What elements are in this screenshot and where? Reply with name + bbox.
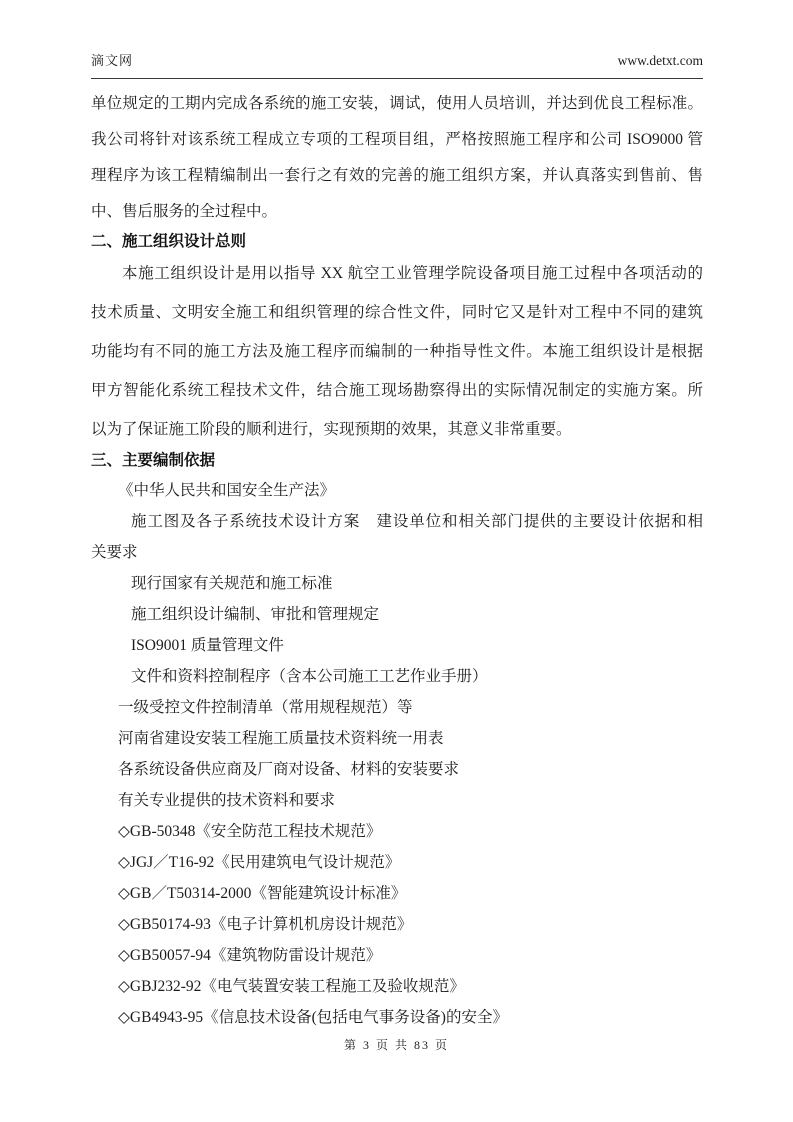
text-segment: ◇GB50057-94《建筑物防雷设计规范》 bbox=[118, 947, 381, 964]
text-segment: 本施工组织设计是用以指导 XX 航空工业管理学院设备项目施工过程中各项活动的 bbox=[122, 265, 703, 282]
text-segment: 理程序为该工程精编制出一套行之有效的完善的施工组织方案，并认真落实到售前、售 bbox=[91, 167, 703, 184]
text-segment: 施工图及各子系统技术设计方案 建设单位和相关部门提供的主要设计依据和相 bbox=[131, 513, 703, 530]
text-segment: 施工组织设计编制、审批和管理规定 bbox=[131, 606, 379, 623]
text-segment: 关要求 bbox=[91, 544, 138, 561]
text-segment: 文件和资料控制程序（含本公司施工工艺作业手册） bbox=[131, 668, 488, 685]
text-segment: 各系统设备供应商及厂商对设备、材料的安装要求 bbox=[118, 761, 459, 778]
text-line: 本施工组织设计是用以指导 XX 航空工业管理学院设备项目施工过程中各项活动的 bbox=[91, 254, 703, 293]
document-body: 单位规定的工期内完成各系统的施工安装，调试，使用人员培训，并达到优良工程标准。我… bbox=[91, 86, 703, 1033]
text-line: 技术质量、文明安全施工和组织管理的综合性文件，同时它又是针对工程中不同的建筑 bbox=[91, 293, 703, 332]
text-line: 中、售后服务的全过程中。 bbox=[91, 194, 703, 230]
text-segment: ◇GBJ232-92《电气装置安装工程施工及验收规范》 bbox=[118, 978, 465, 995]
text-line: ISO9001 质量管理文件 bbox=[91, 630, 703, 661]
text-segment: 单位规定的工期内完成各系统的施工安装，调试，使用人员培训，并达到优良工程标准。 bbox=[91, 95, 703, 112]
text-line: 《中华人民共和国安全生产法》 bbox=[91, 475, 703, 506]
text-segment: 工程技术文件，结合施工现场勘察得出的实际情况制定的实施方案。所 bbox=[204, 382, 703, 399]
text-line: ◇GBJ232-92《电气装置安装工程施工及验收规范》 bbox=[91, 971, 703, 1002]
text-line: 功能均有不同的施工方法及施工程序而编制的一种指导性文件。本施工组织设计是根据 bbox=[91, 332, 703, 371]
text-line: ◇GB4943-95《信息技术设备(包括电气事务设备)的安全》 bbox=[91, 1002, 703, 1033]
text-segment: ISO9001 质量管理文件 bbox=[131, 637, 284, 654]
page-header: 滴文网 www.detxt.com bbox=[91, 50, 703, 79]
text-segment: 《中华人民共和国安全生产法》 bbox=[118, 482, 335, 499]
text-line: 有关专业提供的技术资料和要求 bbox=[91, 785, 703, 816]
text-line: 单位规定的工期内完成各系统的施工安装，调试，使用人员培训，并达到优良工程标准。 bbox=[91, 86, 703, 122]
text-segment: 我公司将针对该系统工程成立专项的工程项目组，严格按照施工程序和公司 ISO900… bbox=[91, 131, 703, 148]
site-name: 滴文网 bbox=[91, 50, 133, 69]
text-line: ◇GB-50348《安全防范工程技术规范》 bbox=[91, 816, 703, 847]
text-line: 现行国家有关规范和施工标准 bbox=[91, 568, 703, 599]
text-line: 文件和资料控制程序（含本公司施工工艺作业手册） bbox=[91, 661, 703, 692]
text-segment: ◇GB-50348《安全防范工程技术规范》 bbox=[118, 823, 381, 840]
paragraph-overview: 本施工组织设计是用以指导 XX 航空工业管理学院设备项目施工过程中各项活动的技术… bbox=[91, 254, 703, 449]
text-segment: 功能均有不同的施工方法及施工程序而编制的一种指导性文件。本施工组织设计是根据 bbox=[91, 343, 703, 360]
text-segment: ◇JGJ／T16-92《民用建筑电气设计规范》 bbox=[118, 854, 400, 871]
text-line: 河南省建设安装工程施工质量技术资料统一用表 bbox=[91, 723, 703, 754]
text-segment: 以为了保证施工阶段的顺利进行，实现预期的效果，其意义非常重要。 bbox=[91, 421, 572, 438]
text-line: 一级受控文件控制清单（常用规程规范）等 bbox=[91, 692, 703, 723]
section-heading-overview: 二、施工组织设计总则 bbox=[91, 230, 703, 254]
text-segment: 有关专业提供的技术资料和要求 bbox=[118, 792, 335, 809]
text-segment: 中、售后服务的全过程中。 bbox=[91, 203, 277, 220]
text-line: 施工组织设计编制、审批和管理规定 bbox=[91, 599, 703, 630]
text-line: 各系统设备供应商及厂商对设备、材料的安装要求 bbox=[91, 754, 703, 785]
text-line: 施工图及各子系统技术设计方案 建设单位和相关部门提供的主要设计依据和相 bbox=[91, 506, 703, 537]
text-segment: ◇GB／T50314-2000《智能建筑设计标准》 bbox=[118, 885, 406, 902]
text-line: 我公司将针对该系统工程成立专项的工程项目组，严格按照施工程序和公司 ISO900… bbox=[91, 122, 703, 158]
text-segment: 一级受控文件控制清单（常用规程规范）等 bbox=[118, 699, 413, 716]
text-line: 关要求 bbox=[91, 537, 703, 568]
text-line: ◇GB50174-93《电子计算机机房设计规范》 bbox=[91, 909, 703, 940]
text-line: ◇GB50057-94《建筑物防雷设计规范》 bbox=[91, 940, 703, 971]
text-line: 理程序为该工程精编制出一套行之有效的完善的施工组织方案，并认真落实到售前、售 bbox=[91, 158, 703, 194]
reference-list: 《中华人民共和国安全生产法》施工图及各子系统技术设计方案 建设单位和相关部门提供… bbox=[91, 475, 703, 1033]
text-segment: 甲方智能化系统 bbox=[91, 382, 204, 399]
text-line: ◇JGJ／T16-92《民用建筑电气设计规范》 bbox=[91, 847, 703, 878]
text-segment: ◇GB4943-95《信息技术设备(包括电气事务设备)的安全》 bbox=[118, 1009, 508, 1026]
paragraph-intro: 单位规定的工期内完成各系统的施工安装，调试，使用人员培训，并达到优良工程标准。我… bbox=[91, 86, 703, 230]
text-segment: 现行国家有关规范和施工标准 bbox=[131, 575, 333, 592]
text-segment: 技术质量、文明安全施工和组织管理的综合性文件，同时它又是针对工程中不同的建筑 bbox=[91, 304, 703, 321]
text-segment: ◇GB50174-93《电子计算机机房设计规范》 bbox=[118, 916, 412, 933]
text-segment: 河南省建设安装工程施工质量技术资料统一用表 bbox=[118, 730, 444, 747]
document-page: 滴文网 www.detxt.com 单位规定的工期内完成各系统的施工安装，调试，… bbox=[0, 0, 793, 1122]
page-footer: 第 3 页 共 83 页 bbox=[0, 1036, 793, 1053]
text-line: 以为了保证施工阶段的顺利进行，实现预期的效果，其意义非常重要。 bbox=[91, 410, 703, 449]
page-number: 第 3 页 共 83 页 bbox=[344, 1038, 449, 1052]
section-heading-basis: 三、主要编制依据 bbox=[91, 449, 703, 473]
text-line: ◇GB／T50314-2000《智能建筑设计标准》 bbox=[91, 878, 703, 909]
site-url: www.detxt.com bbox=[618, 53, 703, 69]
text-line: 甲方智能化系统工程技术文件，结合施工现场勘察得出的实际情况制定的实施方案。所 bbox=[91, 371, 703, 410]
